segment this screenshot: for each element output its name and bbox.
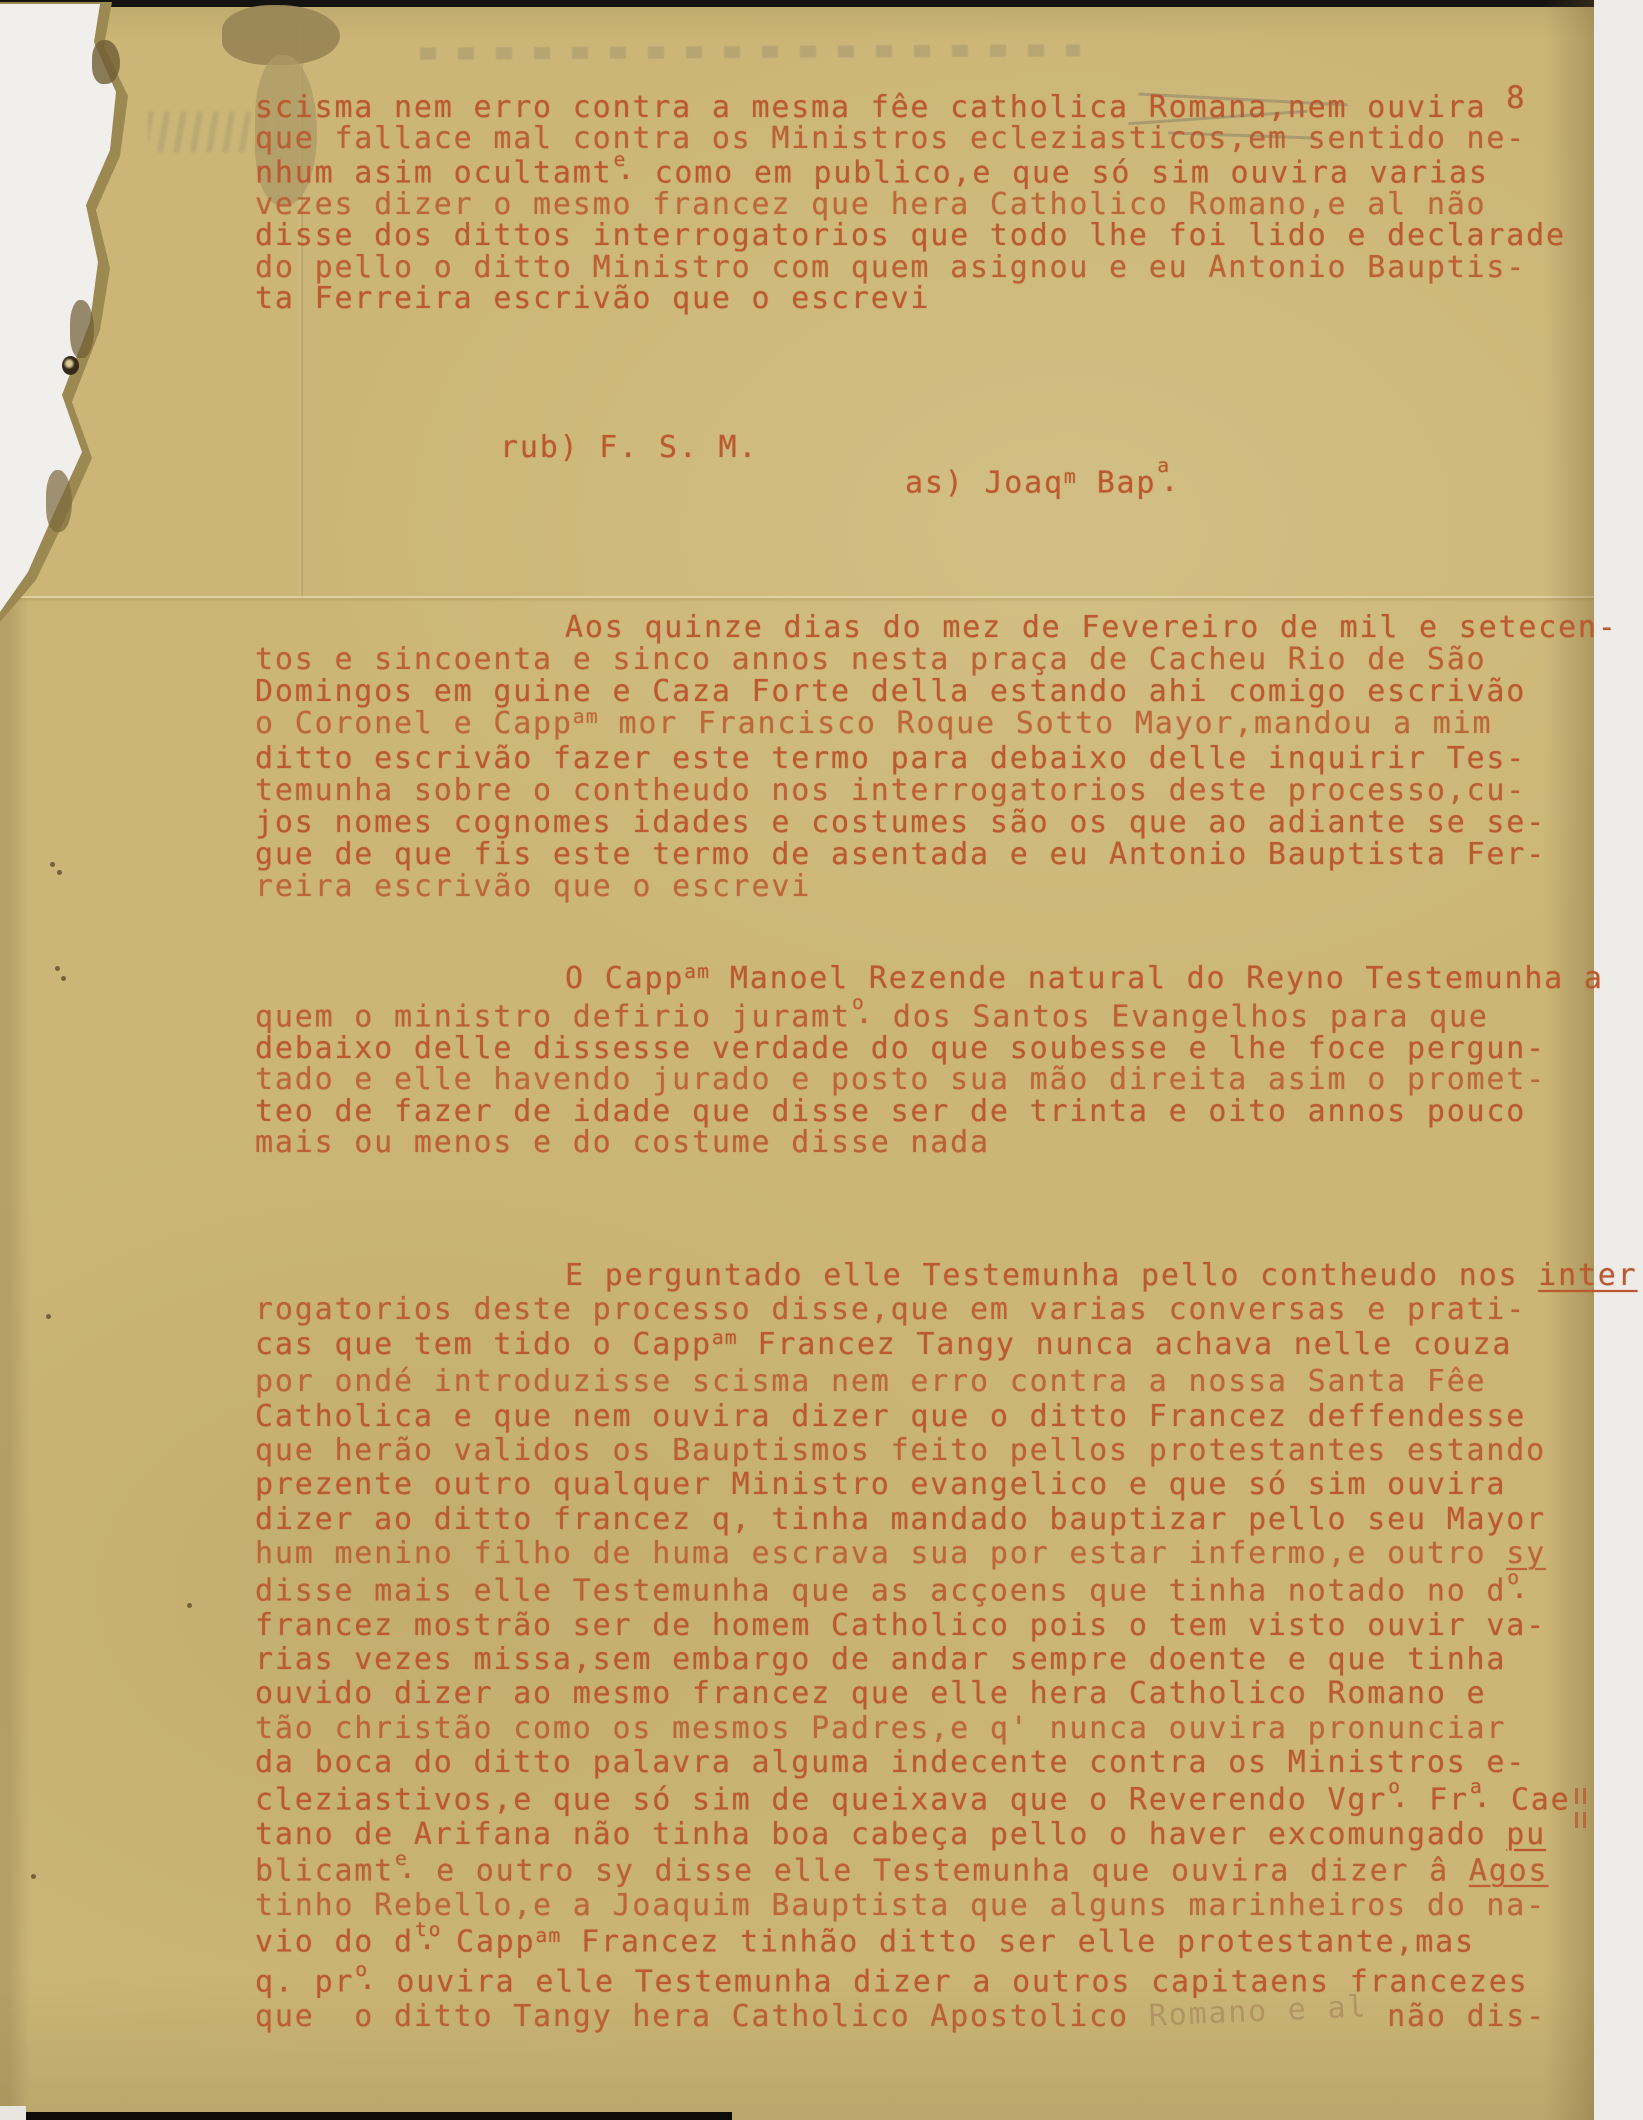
typed-line: E perguntado elle Testemunha pello conth… (255, 1259, 1638, 1293)
typed-line: tinho Rebello,e a Joaquim Bauptista que … (255, 1889, 1638, 1923)
top-edge-bar (0, 0, 1643, 7)
typed-paragraph: scisma nem erro contra a mesma fêe catho… (255, 92, 1566, 314)
typed-line: debaixo delle dissesse verdade do que so… (255, 1033, 1604, 1065)
ink-speck (46, 1314, 51, 1319)
typed-line: O Cappam Manoel Rezende natural do Reyno… (255, 963, 1604, 998)
ink-speck (50, 862, 55, 867)
typed-line: tado e elle havendo jurado e posto sua m… (255, 1064, 1604, 1096)
ink-speck (61, 976, 66, 981)
worm-hole (62, 356, 79, 375)
typed-line: que fallace mal contra os Ministros ecle… (255, 123, 1566, 154)
ink-speck (57, 870, 62, 875)
bottom-edge-bar (26, 2112, 732, 2120)
torn-edge-stain (46, 470, 72, 532)
typed-paragraph: O Cappam Manoel Rezende natural do Reyno… (255, 963, 1604, 1159)
typed-line: cas que tem tido o Cappam Francez Tangy … (255, 1328, 1638, 1365)
typed-line: jos nomes cognomes idades e costumes são… (255, 807, 1618, 839)
typed-line: teo de fazer de idade que disse ser de t… (255, 1096, 1604, 1128)
typed-line: ouvido dizer ao mesmo francez que elle h… (255, 1677, 1638, 1711)
typed-line: Catholica e que nem ouvira dizer que o d… (255, 1400, 1638, 1434)
typed-line: Aos quinze dias do mez de Fevereiro de m… (255, 612, 1618, 644)
typed-line: quem o ministro defirio juramto. dos San… (255, 998, 1604, 1033)
typed-line: francez mostrão ser de homem Catholico p… (255, 1609, 1638, 1643)
signature-rub: rub) F. S. M. (500, 430, 758, 465)
typed-line: blicamte. e outro sy disse elle Testemun… (255, 1852, 1638, 1889)
ink-speck (31, 1874, 36, 1879)
typed-line: que o ditto Tangy hera Catholico Apostol… (255, 2000, 1638, 2034)
typed-line: da boca do ditto palavra alguma indecent… (255, 1746, 1638, 1780)
horizontal-fold-crease (0, 596, 1594, 598)
typed-line: disse dos dittos interrogatorios que tod… (255, 220, 1566, 251)
typed-line: reira escrivão que o escrevi (255, 871, 1618, 903)
ink-speck (187, 1603, 192, 1608)
typed-line: o Coronel e Cappam mor Francisco Roque S… (255, 708, 1618, 743)
typed-paragraph: E perguntado elle Testemunha pello conth… (255, 1259, 1638, 2034)
typed-line: gue de que fis este termo de asentada e … (255, 839, 1618, 871)
pencil-smudge (420, 44, 1080, 59)
typed-line: dizer ao ditto francez q, tinha mandado … (255, 1503, 1638, 1537)
typed-line: por ondé introduzisse scisma nem erro co… (255, 1365, 1638, 1399)
document-scan: 8 scisma nem erro contra a mesma fêe cat… (0, 0, 1643, 2120)
typed-line: Domingos em guine e Caza Forte della est… (255, 676, 1618, 708)
typed-line: tão christão como os mesmos Padres,e q' … (255, 1712, 1638, 1746)
typed-line: tano de Arifana não tinha boa cabeça pel… (255, 1818, 1638, 1852)
typed-line: tos e sincoenta e sinco annos nesta praç… (255, 644, 1618, 676)
typed-line: ta Ferreira escrivão que o escrevi (255, 283, 1566, 314)
bottom-left-sliver (0, 2106, 26, 2120)
typed-line: rogatorios deste processo disse,que em v… (255, 1293, 1638, 1327)
typed-line: rias vezes missa,sem embargo de andar se… (255, 1643, 1638, 1677)
typed-line: disse mais elle Testemunha que as acçoen… (255, 1572, 1638, 1609)
ink-speck (55, 966, 60, 971)
typed-line: nhum asim ocultamte. como em publico,e q… (255, 154, 1566, 189)
typed-line: ditto escrivão fazer este termo para deb… (255, 743, 1618, 775)
typed-line: cleziastivos,e que só sim de queixava qu… (255, 1781, 1638, 1818)
typed-line: temunha sobre o contheudo nos interrogat… (255, 775, 1618, 807)
torn-edge-stain (70, 300, 94, 358)
typed-line: q. pro. ouvira elle Testemunha dizer a o… (255, 1963, 1638, 2000)
typed-line: mais ou menos e do costume disse nada (255, 1127, 1604, 1159)
typed-line: que herão validos os Bauptismos feito pe… (255, 1434, 1638, 1468)
typed-line: vio do dto. Cappam Francez tinhão ditto … (255, 1923, 1638, 1963)
typed-line: do pello o ditto Ministro com quem asign… (255, 252, 1566, 283)
typed-line: prezente outro qualquer Ministro evangel… (255, 1468, 1638, 1502)
signature-as: as) Joaqm Bapa. (905, 464, 1178, 501)
typed-line: scisma nem erro contra a mesma fêe catho… (255, 92, 1566, 123)
typed-line: vezes dizer o mesmo francez que hera Cat… (255, 189, 1566, 220)
typed-line: hum menino filho de huma escrava sua por… (255, 1537, 1638, 1571)
typed-paragraph: Aos quinze dias do mez de Fevereiro de m… (255, 612, 1618, 903)
torn-edge-stain (92, 40, 120, 84)
